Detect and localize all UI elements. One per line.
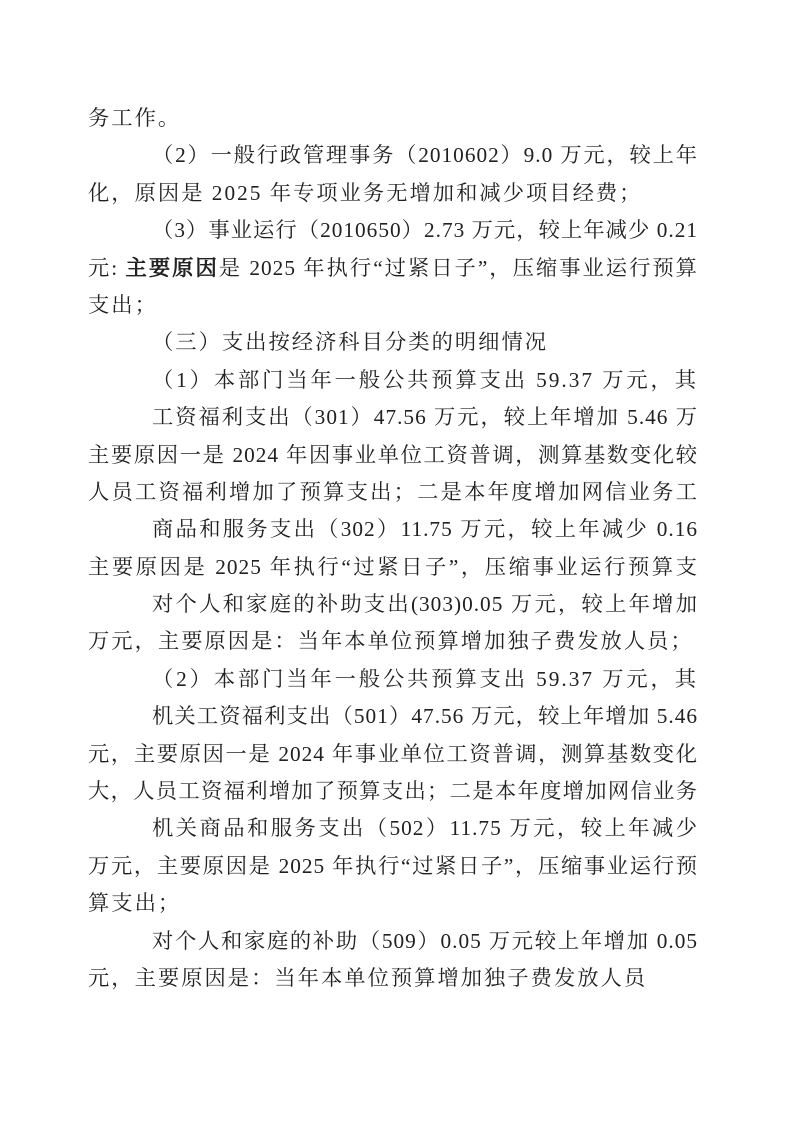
text-line: 主要原因是 2025 年执行“过紧日子”，压缩事业运行预算支出。 xyxy=(88,549,698,586)
text-segment: 化，原因是 2025 年专项业务无增加和减少项目经费； xyxy=(88,181,642,205)
text-segment: 商品和服务支出（302）11.75 万元，较上年减少 0.16 万元， xyxy=(88,517,698,548)
text-segment: 主要原因是 2025 年执行“过紧日子”，压缩事业运行预算支出。 xyxy=(88,555,698,586)
text-segment-bold: 主要原因 xyxy=(126,256,219,280)
text-line: 元，主要原因是：当年本单位预算增加独子费发放人员 xyxy=(88,960,698,997)
text-line: （3）事业运行（2010650）2.73 万元，较上年减少 0.21 万 xyxy=(88,212,698,249)
text-line: 对个人和家庭的补助支出(303)0.05 万元，较上年增加 0.05 xyxy=(88,586,698,623)
text-line: （三）支出按经济科目分类的明细情况 xyxy=(88,324,698,361)
text-line: 机关商品和服务支出（502）11.75 万元，较上年减少 0.16 xyxy=(88,810,698,847)
text-line: （2）一般行政管理事务（2010602）9.0 万元，较上年无变 xyxy=(88,137,698,174)
text-segment: 元: xyxy=(88,256,126,280)
text-line: 支出； xyxy=(88,287,698,324)
text-line: 务工作。 xyxy=(88,100,698,137)
text-line: 商品和服务支出（302）11.75 万元，较上年减少 0.16 万元， xyxy=(88,511,698,548)
text-segment: 算支出； xyxy=(88,891,181,915)
text-line: 大，人员工资福利增加了预算支出；二是本年度增加网信业务工作。 xyxy=(88,773,698,810)
text-segment: 对个人和家庭的补助支出(303)0.05 万元，较上年增加 0.05 xyxy=(88,592,698,623)
text-segment: （1）本部门当年一般公共预算支出 59.37 万元，其中： xyxy=(88,368,698,399)
text-segment: 是 2025 年执行“过紧日子”，压缩事业运行预算 xyxy=(219,256,698,280)
text-line: 人员工资福利增加了预算支出；二是本年度增加网信业务工作； xyxy=(88,474,698,511)
text-segment: 万元，主要原因是 2025 年执行“过紧日子”，压缩事业运行预 xyxy=(88,854,698,878)
text-line: 机关工资福利支出（501）47.56 万元，较上年增加 5.46 万 xyxy=(88,698,698,735)
text-line: （2）本部门当年一般公共预算支出 59.37 万元，其中： xyxy=(88,661,698,698)
text-segment: 万元，主要原因是：当年本单位预算增加独子费发放人员； xyxy=(88,629,694,653)
text-line: 对个人和家庭的补助（509）0.05 万元较上年增加 0.05 万 xyxy=(88,923,698,960)
text-segment: 机关商品和服务支出（502）11.75 万元，较上年减少 0.16 xyxy=(88,816,698,847)
text-line: 算支出； xyxy=(88,885,698,922)
text-segment: 工资福利支出（301）47.56 万元，较上年增加 5.46 万元， xyxy=(88,405,698,436)
text-line: 主要原因一是 2024 年因事业单位工资普调，测算基数变化较大， xyxy=(88,437,698,474)
text-line: 万元，主要原因是 2025 年执行“过紧日子”，压缩事业运行预 xyxy=(88,848,698,885)
text-segment: 人员工资福利增加了预算支出；二是本年度增加网信业务工作； xyxy=(88,480,698,511)
text-segment: 机关工资福利支出（501）47.56 万元，较上年增加 5.46 万 xyxy=(88,704,698,735)
text-segment: 主要原因一是 2024 年因事业单位工资普调，测算基数变化较大， xyxy=(88,443,698,474)
text-segment: 务工作。 xyxy=(88,106,181,130)
document-body: 务工作。（2）一般行政管理事务（2010602）9.0 万元，较上年无变化，原因… xyxy=(88,100,698,997)
text-line: 化，原因是 2025 年专项业务无增加和减少项目经费； xyxy=(88,175,698,212)
text-segment: 元，主要原因是：当年本单位预算增加独子费发放人员 xyxy=(88,966,647,990)
text-line: （1）本部门当年一般公共预算支出 59.37 万元，其中： xyxy=(88,362,698,399)
text-segment: 对个人和家庭的补助（509）0.05 万元较上年增加 0.05 万 xyxy=(88,929,698,960)
text-segment: （2）一般行政管理事务（2010602）9.0 万元，较上年无变 xyxy=(88,143,698,174)
text-segment: 大，人员工资福利增加了预算支出；二是本年度增加网信业务工作。 xyxy=(88,779,698,810)
text-line: 元，主要原因一是 2024 年事业单位工资普调，测算基数变化较 xyxy=(88,736,698,773)
text-line: 万元，主要原因是：当年本单位预算增加独子费发放人员； xyxy=(88,623,698,660)
text-segment: 支出； xyxy=(88,293,158,317)
document-page: 务工作。（2）一般行政管理事务（2010602）9.0 万元，较上年无变化，原因… xyxy=(0,0,792,1121)
text-line: 元: 主要原因是 2025 年执行“过紧日子”，压缩事业运行预算 xyxy=(88,250,698,287)
text-segment: （三）支出按经济科目分类的明细情况 xyxy=(152,330,548,354)
text-segment: （2）本部门当年一般公共预算支出 59.37 万元，其中： xyxy=(88,667,698,698)
text-segment: （3）事业运行（2010650）2.73 万元，较上年减少 0.21 万 xyxy=(88,218,698,249)
text-segment: 元，主要原因一是 2024 年事业单位工资普调，测算基数变化较 xyxy=(88,742,698,773)
text-line: 工资福利支出（301）47.56 万元，较上年增加 5.46 万元， xyxy=(88,399,698,436)
